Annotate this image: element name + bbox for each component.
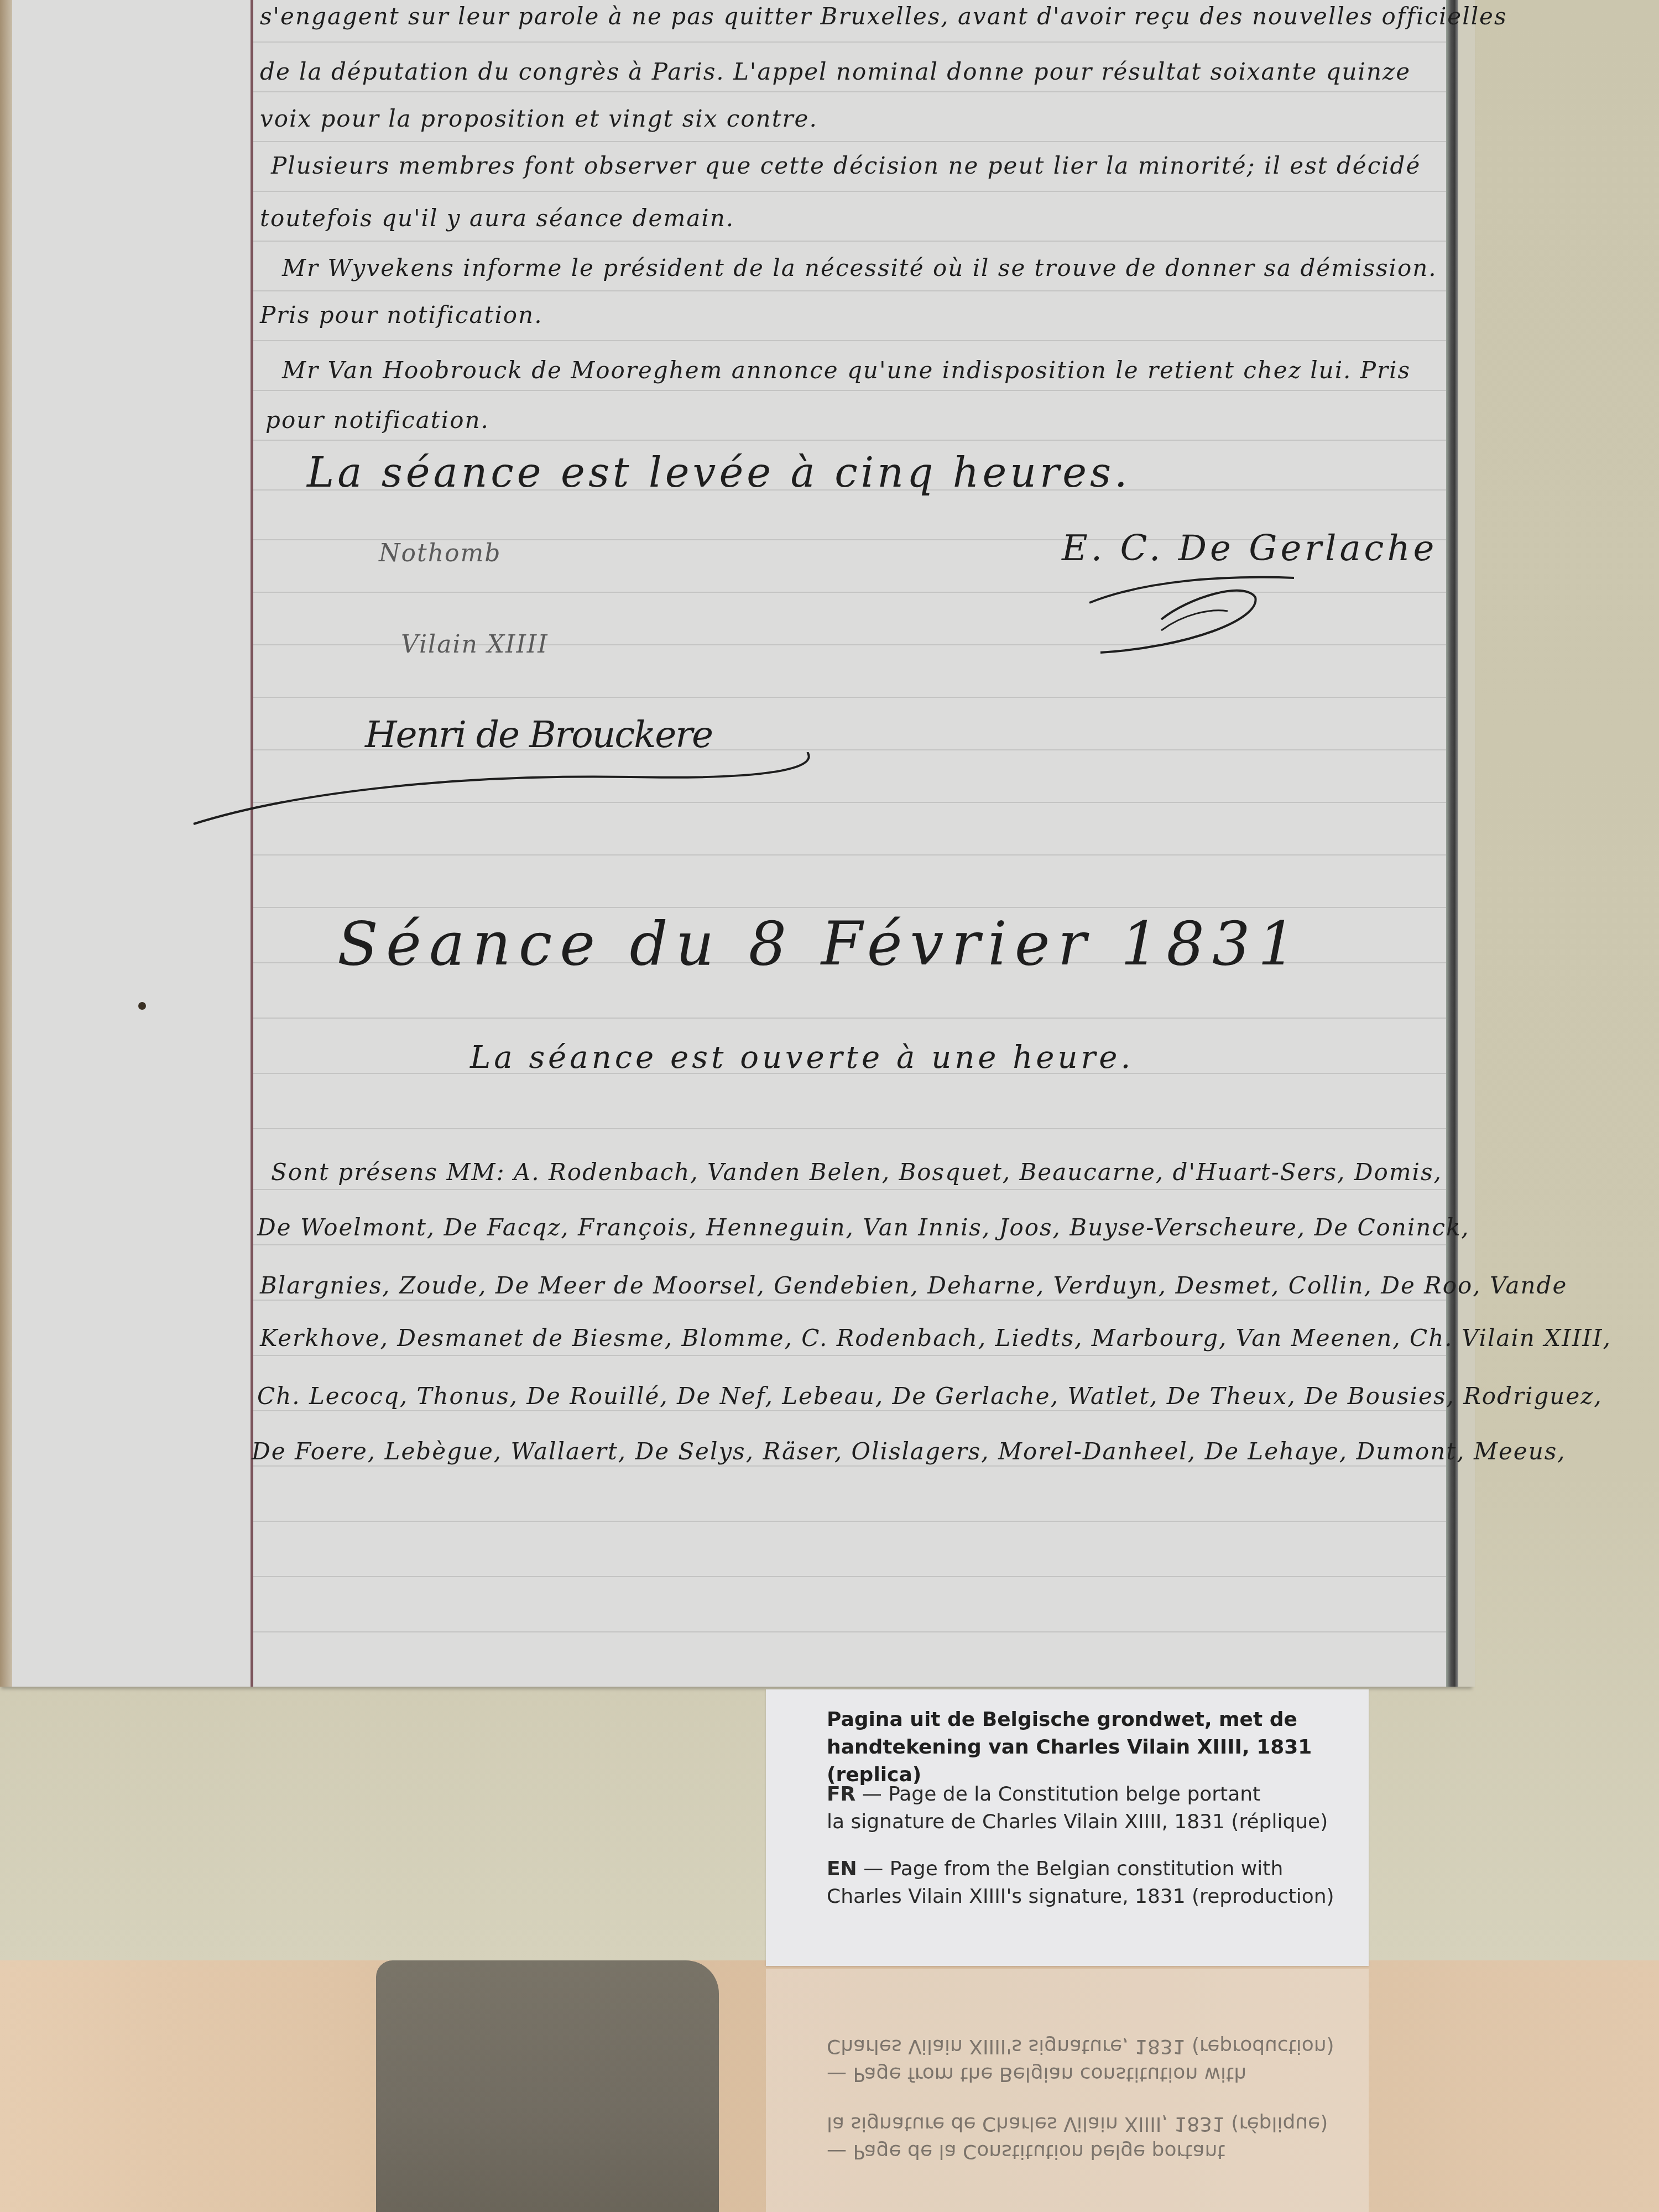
signature-flourish-de-brouckere <box>188 752 830 830</box>
label-en-tag: EN <box>827 1858 857 1880</box>
label-fr-line2: la signature de Charles Vilain XIIII, 18… <box>827 1808 1328 1836</box>
signature-flourish-de-gerlache <box>1078 570 1311 658</box>
margin-line <box>251 0 253 1687</box>
paper-speck <box>138 1002 146 1010</box>
text-line: Plusieurs membres font observer que cett… <box>271 152 1421 179</box>
label-reflection: Charles Vilain XIIII's signature, 1831 (… <box>766 1969 1369 2212</box>
session-opening: La séance est ouverte à une heure. <box>470 1040 1134 1076</box>
signature-vilain-xiiii: Vilain XIIII <box>401 630 549 659</box>
text-line: pour notification. <box>265 406 489 434</box>
attendance-line: Sont présens MM: A. Rodenbach, Vanden Be… <box>271 1159 1442 1186</box>
text-line: Pris pour notification. <box>260 301 543 328</box>
manuscript-page: s'engagent sur leur parole à ne pas quit… <box>0 0 1471 1687</box>
label-en-line1: — Page from the Belgian constitution wit… <box>863 1858 1283 1880</box>
label-en-line2: Charles Vilain XIIII's signature, 1831 (… <box>827 1883 1334 1911</box>
attendance-line: Ch. Lecocq, Thonus, De Rouillé, De Nef, … <box>257 1383 1603 1410</box>
attendance-line: Blargnies, Zoude, De Meer de Moorsel, Ge… <box>260 1272 1567 1299</box>
reflection-fr-line1: — Page de la Constitution belge portant <box>827 2140 1225 2163</box>
signature-nothomb: Nothomb <box>379 539 501 567</box>
session-title: Séance du 8 Février 1831 <box>337 910 1304 979</box>
text-line: de la députation du congrès à Paris. L'a… <box>260 58 1411 85</box>
reflection-en-line2: Charles Vilain XIIII's signature, 1831 (… <box>827 2035 1334 2058</box>
text-line: voix pour la proposition et vingt six co… <box>260 105 818 132</box>
closing-line: La séance est levée à cinq heures. <box>307 449 1131 497</box>
text-line: Mr Wyvekens informe le président de la n… <box>282 254 1437 281</box>
attendance-line: De Woelmont, De Facqz, François, Hennegu… <box>257 1214 1470 1241</box>
text-line: Mr Van Hoobrouck de Mooreghem annonce qu… <box>282 357 1411 384</box>
text-line: s'engagent sur leur parole à ne pas quit… <box>260 3 1507 30</box>
label-fr: FR — Page de la Constitution belge porta… <box>827 1781 1260 1808</box>
text-line: toutefois qu'il y aura séance demain. <box>260 205 734 232</box>
reflection-en-line1: — Page from the Belgian constitution wit… <box>827 2063 1246 2085</box>
signature-de-brouckere: Henri de Brouckere <box>365 713 712 756</box>
attendance-line: De Foere, Lebègue, Wallaert, De Selys, R… <box>252 1438 1566 1465</box>
reflection-fr-line2: la signature de Charles Vilain XIIII, 18… <box>827 2112 1328 2135</box>
page-edge <box>1458 0 1475 1687</box>
label-nl-line1: Pagina uit de Belgische grondwet, met de <box>827 1706 1297 1734</box>
label-fr-line1: — Page de la Constitution belge portant <box>862 1783 1260 1806</box>
binding-edge <box>1446 0 1458 1687</box>
label-en: EN — Page from the Belgian constitution … <box>827 1855 1283 1883</box>
visitor-shoe-reflection <box>376 1960 719 2212</box>
museum-label-card: Pagina uit de Belgische grondwet, met de… <box>766 1689 1369 1966</box>
label-fr-tag: FR <box>827 1783 855 1806</box>
attendance-line: Kerkhove, Desmanet de Biesme, Blomme, C.… <box>260 1324 1611 1352</box>
signature-de-gerlache: E. C. De Gerlache <box>1062 528 1437 569</box>
